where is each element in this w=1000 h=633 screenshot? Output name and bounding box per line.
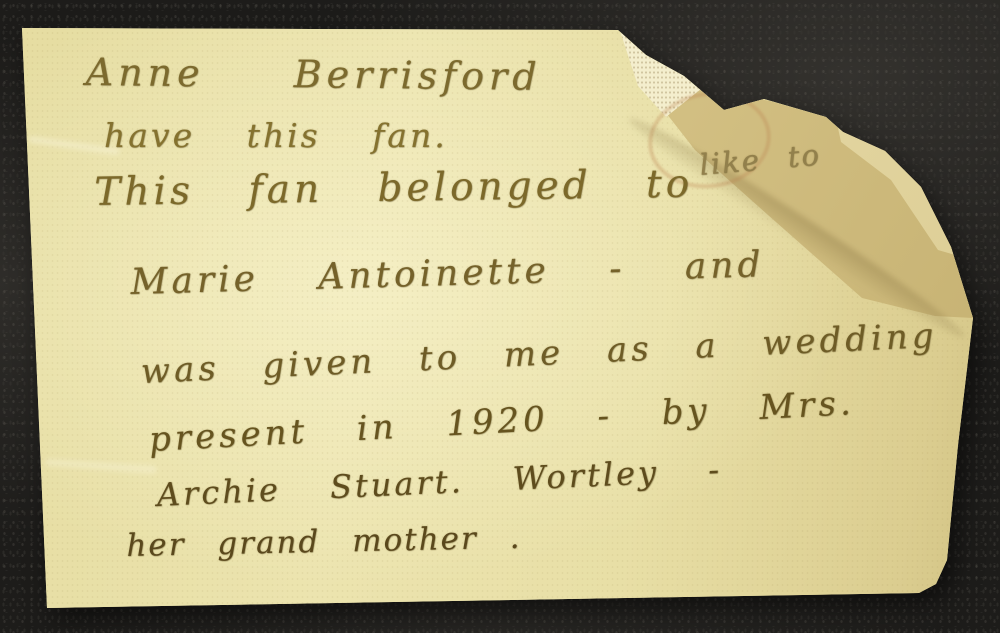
handwriting-line-4: Marie Antoinette - and (130, 244, 765, 303)
handwriting-line-6: present in 1920 - by Mrs. (148, 383, 856, 460)
handwriting-line-5: was given to me as a wedding (140, 316, 938, 392)
handwriting-line-1: Anne Berrisford (86, 50, 542, 99)
note-paper: Anne Berrisford have this fan. This fan … (0, 0, 1000, 633)
handwriting-line-3: This fan belonged to (94, 162, 693, 215)
handwriting-line-8: her grand mother . (126, 520, 522, 564)
paper-scratch-streak (45, 458, 157, 474)
handwriting-line-2: have this fan. (104, 116, 448, 155)
note-paper-wrapper: Anne Berrisford have this fan. This fan … (0, 0, 1000, 633)
handwriting-line-7: Archie Stuart. Wortley - (156, 450, 723, 514)
photo-of-handwritten-note: Anne Berrisford have this fan. This fan … (0, 0, 1000, 633)
